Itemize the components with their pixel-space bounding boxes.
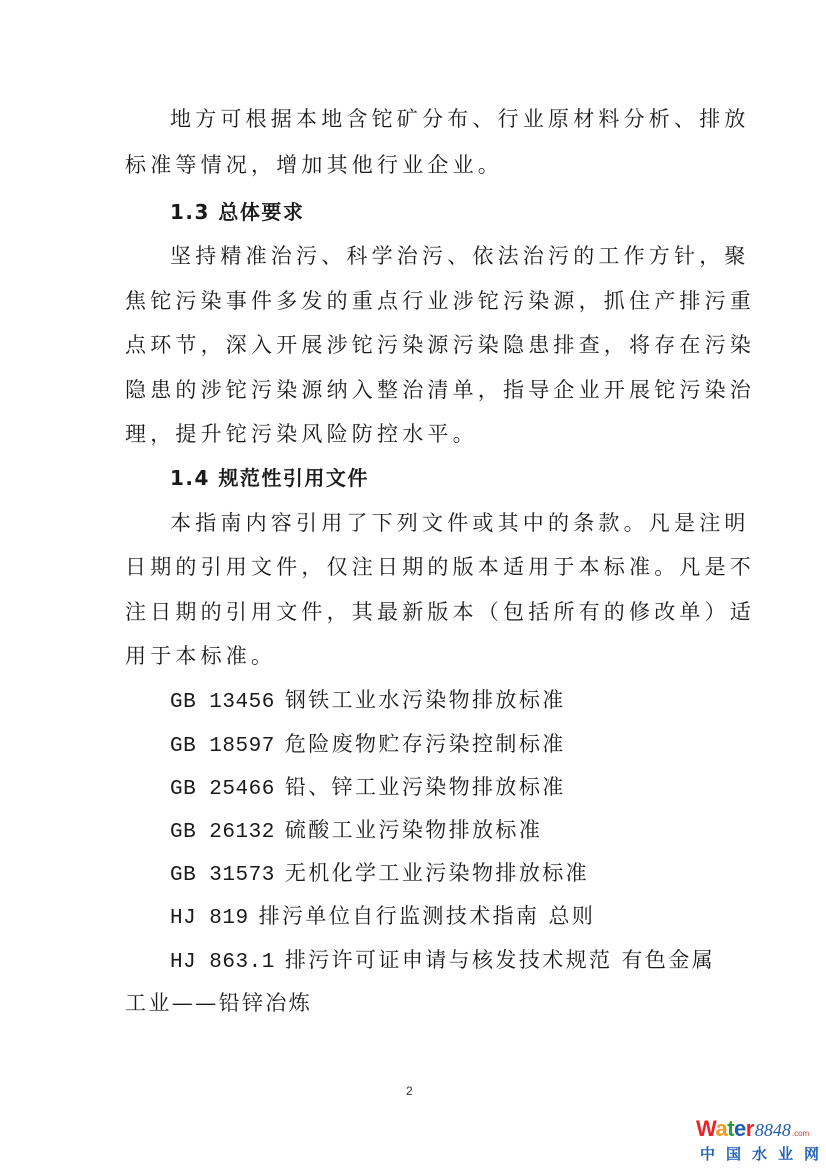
paragraph-line: 本指南内容引用了下列文件或其中的条款。凡是注明 xyxy=(170,508,750,538)
watermark-logo: Water8848.com 中国水业网 xyxy=(696,1118,824,1166)
reference-title: 排污许可证申请与核发技术规范 有色金属 xyxy=(285,948,715,972)
paragraph-line: 坚持精准治污、科学治污、依法治污的工作方针，聚 xyxy=(170,241,750,271)
section-heading-1-3: 1.3 总体要求 xyxy=(170,197,304,227)
page-number: 2 xyxy=(406,1084,413,1098)
brand-letter: t xyxy=(727,1116,734,1141)
reference-code: GB 13456 xyxy=(170,691,275,714)
paragraph-line: 点环节，深入开展涉铊污染源污染隐患排查，将存在污染 xyxy=(125,330,755,360)
reference-item: GB 31573无机化学工业污染物排放标准 xyxy=(170,858,589,891)
brand-letter: e xyxy=(734,1116,746,1141)
reference-item: GB 26132硫酸工业污染物排放标准 xyxy=(170,815,542,848)
document-page: 地方可根据本地含铊矿分布、行业原材料分析、排放 标准等情况，增加其他行业企业。 … xyxy=(0,0,826,1169)
reference-title: 硫酸工业污染物排放标准 xyxy=(285,818,542,842)
reference-item: GB 13456钢铁工业水污染物排放标准 xyxy=(170,685,566,718)
brand-letter: W xyxy=(696,1116,715,1141)
reference-title: 无机化学工业污染物排放标准 xyxy=(285,861,589,885)
watermark-suffix: .com xyxy=(792,1129,809,1138)
reference-code: GB 31573 xyxy=(170,864,275,887)
watermark-number: 8848 xyxy=(755,1120,791,1140)
paragraph-line: 日期的引用文件，仅注日期的版本适用于本标准。凡是不 xyxy=(125,552,755,582)
paragraph-line: 标准等情况，增加其他行业企业。 xyxy=(125,150,503,180)
reference-item: GB 25466铅、锌工业污染物排放标准 xyxy=(170,772,566,805)
reference-item: GB 18597危险废物贮存污染控制标准 xyxy=(170,729,566,762)
reference-title: 铅、锌工业污染物排放标准 xyxy=(285,775,566,799)
reference-code: GB 18597 xyxy=(170,735,275,758)
reference-item: HJ 863.1排污许可证申请与核发技术规范 有色金属 xyxy=(170,945,715,978)
paragraph-line: 用于本标准。 xyxy=(125,641,276,671)
paragraph-line: 隐患的涉铊污染源纳入整治清单，指导企业开展铊污染治 xyxy=(125,375,755,405)
paragraph-line: 注日期的引用文件，其最新版本（包括所有的修改单）适 xyxy=(125,597,755,627)
paragraph-line: 地方可根据本地含铊矿分布、行业原材料分析、排放 xyxy=(170,104,750,134)
reference-title: 危险废物贮存污染控制标准 xyxy=(285,732,566,756)
brand-letter: r xyxy=(746,1116,754,1141)
paragraph-line: 理，提升铊污染风险防控水平。 xyxy=(125,419,478,449)
paragraph-line: 焦铊污染事件多发的重点行业涉铊污染源，抓住产排污重 xyxy=(125,286,755,316)
section-heading-1-4: 1.4 规范性引用文件 xyxy=(170,463,369,493)
reference-code: HJ 819 xyxy=(170,907,249,930)
reference-title: 钢铁工业水污染物排放标准 xyxy=(285,688,566,712)
reference-item: HJ 819排污单位自行监测技术指南 总则 xyxy=(170,901,595,934)
watermark-brand-letters: Water xyxy=(696,1116,754,1141)
reference-code: GB 25466 xyxy=(170,778,275,801)
reference-code: HJ 863.1 xyxy=(170,951,275,974)
reference-continuation: 工业——铅锌冶炼 xyxy=(125,988,312,1018)
watermark-chinese-name: 中国水业网 xyxy=(700,1143,826,1164)
brand-letter: a xyxy=(715,1116,727,1141)
watermark-brand: Water8848.com xyxy=(696,1118,809,1145)
reference-title: 排污单位自行监测技术指南 总则 xyxy=(259,904,596,928)
reference-code: GB 26132 xyxy=(170,821,275,844)
